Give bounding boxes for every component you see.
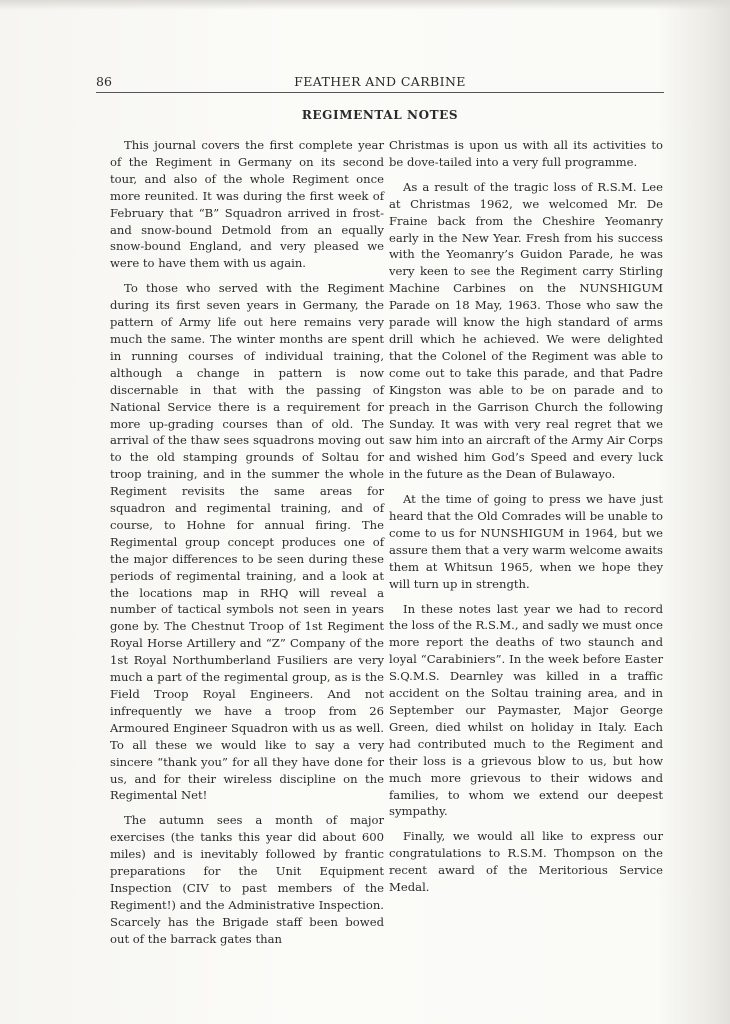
running-header: 86 FEATHER AND CARBINE <box>96 74 664 93</box>
paragraph: In these notes last year we had to recor… <box>389 601 663 821</box>
scan-edge-shadow <box>0 0 730 10</box>
paragraph: Finally, we would all like to express ou… <box>389 828 663 896</box>
paragraph: At the time of going to press we have ju… <box>389 491 663 592</box>
left-column: This journal covers the first complete y… <box>110 137 384 956</box>
paragraph: To those who served with the Regiment du… <box>110 280 384 804</box>
paragraph-continued: Christmas is upon us with all its activi… <box>389 137 663 171</box>
journal-title: FEATHER AND CARBINE <box>96 74 664 90</box>
right-column: Christmas is upon us with all its activi… <box>389 137 663 904</box>
section-title: REGIMENTAL NOTES <box>96 108 664 122</box>
paragraph: As a result of the tragic loss of R.S.M.… <box>389 179 663 483</box>
paragraph: This journal covers the first complete y… <box>110 137 384 272</box>
paragraph: The autumn sees a month of major exercis… <box>110 812 384 947</box>
document-page: 86 FEATHER AND CARBINE REGIMENTAL NOTES … <box>0 0 730 1024</box>
